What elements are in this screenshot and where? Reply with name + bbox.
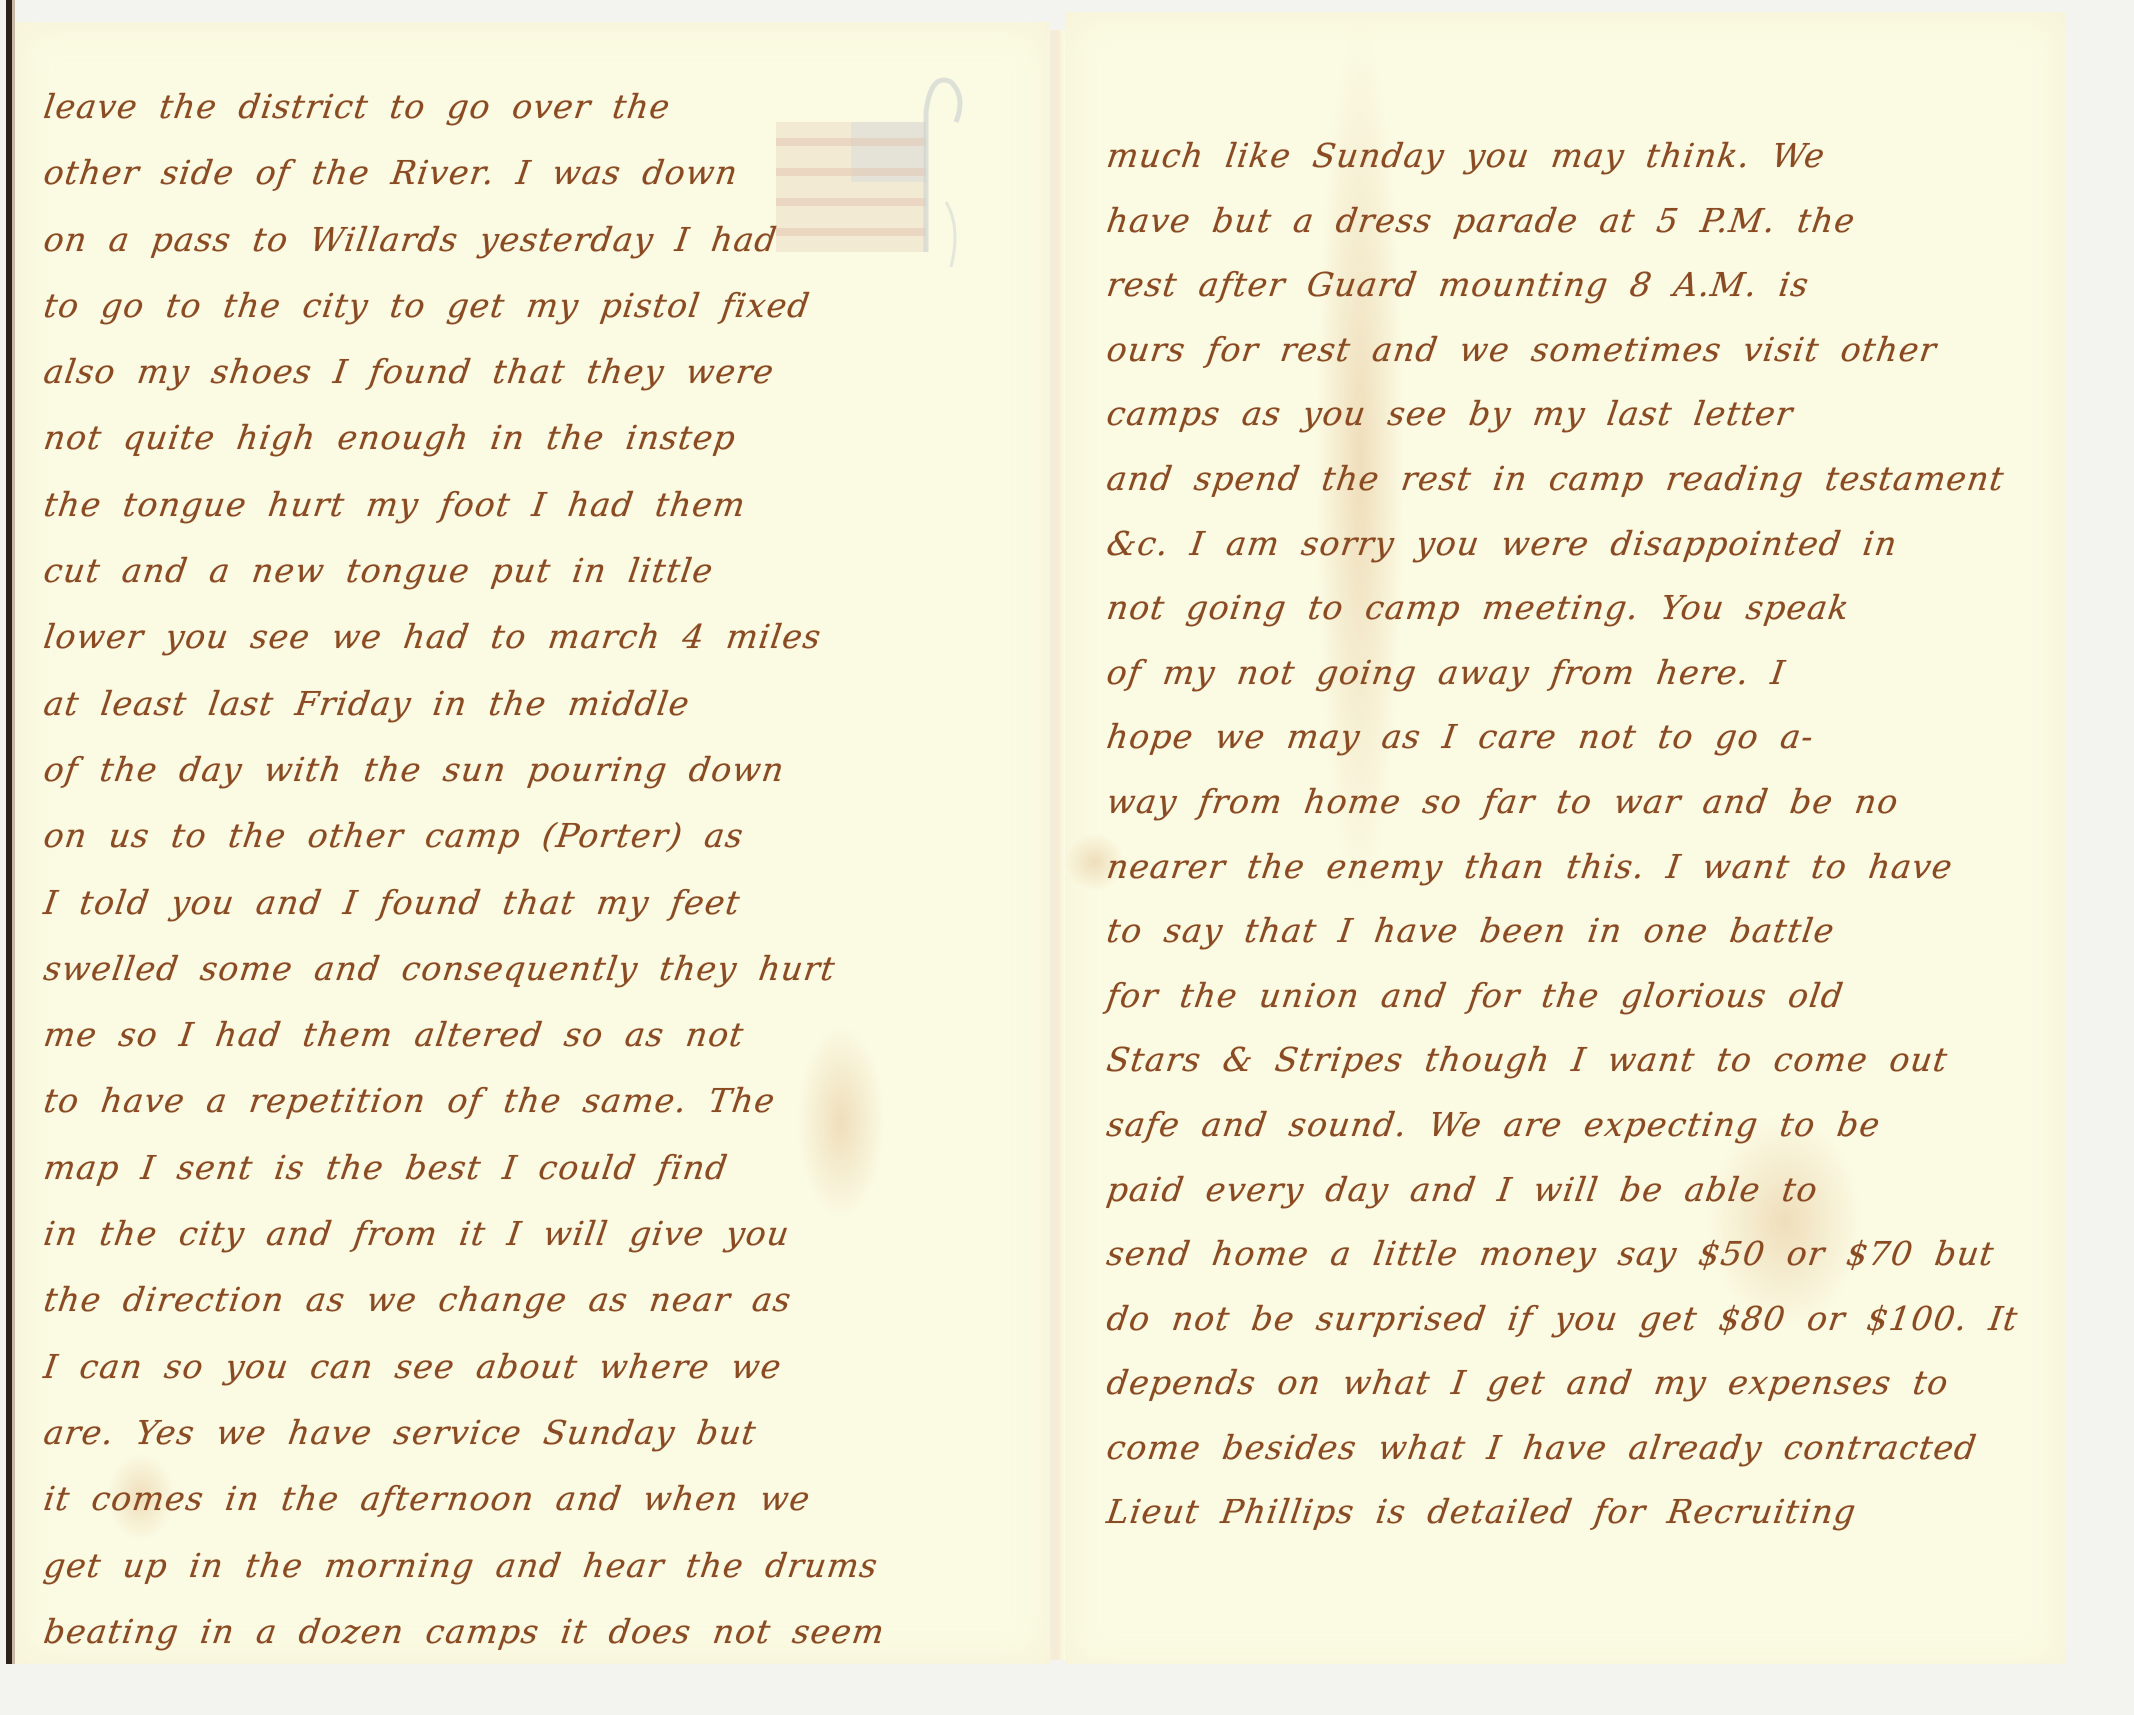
handwritten-line: of my not going away from here. I bbox=[1102, 641, 2022, 706]
handwritten-line: ours for rest and we sometimes visit oth… bbox=[1102, 318, 2022, 383]
handwritten-line: camps as you see by my last letter bbox=[1102, 382, 2022, 447]
handwritten-line: do not be surprised if you get $80 or $1… bbox=[1102, 1287, 2022, 1352]
handwritten-line: depends on what I get and my expenses to bbox=[1102, 1351, 2022, 1416]
handwritten-line: &c. I am sorry you were disappointed in bbox=[1102, 512, 2022, 577]
handwritten-line: map I sent is the best I could find bbox=[39, 1135, 889, 1201]
handwritten-line: cut and a new tongue put in little bbox=[39, 538, 889, 604]
left-page-text: leave the district to go over the other … bbox=[44, 74, 885, 1665]
handwritten-line: to say that I have been in one battle bbox=[1102, 899, 2022, 964]
handwritten-line: safe and sound. We are expecting to be bbox=[1102, 1093, 2022, 1158]
handwritten-line: beating in a dozen camps it does not see… bbox=[39, 1599, 889, 1665]
handwritten-line: rest after Guard mounting 8 A.M. is bbox=[1102, 253, 2022, 318]
handwritten-line: I can so you can see about where we bbox=[39, 1334, 889, 1400]
binding-edge-highlight bbox=[12, 0, 15, 1715]
handwritten-line: get up in the morning and hear the drums bbox=[39, 1533, 889, 1599]
handwritten-line: the direction as we change as near as bbox=[39, 1267, 889, 1333]
letter-scan: leave the district to go over the other … bbox=[0, 0, 2134, 1715]
scan-margin bbox=[0, 1664, 2134, 1715]
handwritten-line: leave the district to go over the bbox=[39, 74, 889, 140]
handwritten-line: also my shoes I found that they were bbox=[39, 339, 889, 405]
handwritten-line: way from home so far to war and be no bbox=[1102, 770, 2022, 835]
handwritten-line: come besides what I have already contrac… bbox=[1102, 1416, 2022, 1481]
handwritten-line: to have a repetition of the same. The bbox=[39, 1068, 889, 1134]
handwritten-line: the tongue hurt my foot I had them bbox=[39, 472, 889, 538]
handwritten-line: hope we may as I care not to go a- bbox=[1102, 705, 2022, 770]
handwritten-line: on a pass to Willards yesterday I had bbox=[39, 207, 889, 273]
left-page: leave the district to go over the other … bbox=[16, 22, 1050, 1664]
handwritten-line: on us to the other camp (Porter) as bbox=[39, 803, 889, 869]
handwritten-line: I told you and I found that my feet bbox=[39, 870, 889, 936]
handwritten-line: it comes in the afternoon and when we bbox=[39, 1466, 889, 1532]
handwritten-line: to go to the city to get my pistol fixed bbox=[39, 273, 889, 339]
handwritten-line: not quite high enough in the instep bbox=[39, 405, 889, 471]
handwritten-line: Stars & Stripes though I want to come ou… bbox=[1102, 1028, 2022, 1093]
right-page-text: much like Sunday you may think. We have … bbox=[1107, 124, 2018, 1545]
handwritten-line: send home a little money say $50 or $70 … bbox=[1102, 1222, 2022, 1287]
handwritten-line: in the city and from it I will give you bbox=[39, 1201, 889, 1267]
handwritten-line: much like Sunday you may think. We bbox=[1102, 124, 2022, 189]
handwritten-line: of the day with the sun pouring down bbox=[39, 737, 889, 803]
handwritten-line: lower you see we had to march 4 miles bbox=[39, 604, 889, 670]
handwritten-line: for the union and for the glorious old bbox=[1102, 964, 2022, 1029]
handwritten-line: are. Yes we have service Sunday but bbox=[39, 1400, 889, 1466]
right-page: much like Sunday you may think. We have … bbox=[1065, 12, 2065, 1670]
handwritten-line: at least last Friday in the middle bbox=[39, 671, 889, 737]
handwritten-line: other side of the River. I was down bbox=[39, 140, 889, 206]
page-fold bbox=[1050, 30, 1065, 1660]
handwritten-line: paid every day and I will be able to bbox=[1102, 1158, 2022, 1223]
handwritten-line: me so I had them altered so as not bbox=[39, 1002, 889, 1068]
handwritten-line: not going to camp meeting. You speak bbox=[1102, 576, 2022, 641]
handwritten-line: nearer the enemy than this. I want to ha… bbox=[1102, 835, 2022, 900]
handwritten-line: Lieut Phillips is detailed for Recruitin… bbox=[1102, 1480, 2022, 1545]
handwritten-line: have but a dress parade at 5 P.M. the bbox=[1102, 189, 2022, 254]
handwritten-line: and spend the rest in camp reading testa… bbox=[1102, 447, 2022, 512]
handwritten-line: swelled some and consequently they hurt bbox=[39, 936, 889, 1002]
